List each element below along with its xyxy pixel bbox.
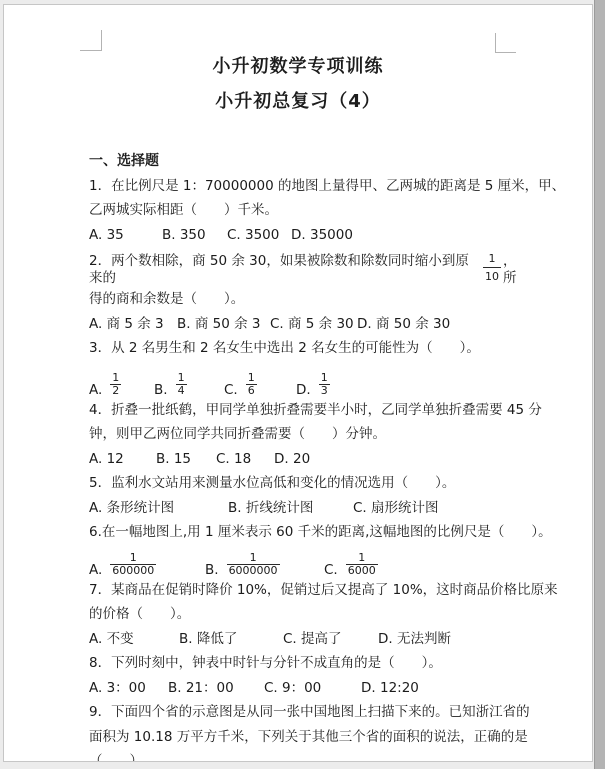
options-row: A. 商 5 余 3B. 商 50 余 3C. 商 5 余 30D. 商 50 … xyxy=(89,312,529,337)
option: B. 15 xyxy=(156,447,216,472)
option-label: C. xyxy=(224,382,238,398)
option: A. 35 xyxy=(89,223,162,248)
option: B. 折线统计图 xyxy=(228,496,353,521)
page-title: 小升初数学专项训练 xyxy=(4,49,592,84)
option: D. 20 xyxy=(274,447,310,472)
option: C.16 xyxy=(224,372,296,398)
option: B. 降低了 xyxy=(179,627,283,652)
question-text: 2．两个数相除，商 50 余 30，如果被除数和除数同时缩小到原来的 xyxy=(89,253,480,287)
option: C. 提高了 xyxy=(283,627,378,652)
fraction: 16 xyxy=(246,372,257,397)
option: B.16000000 xyxy=(205,552,324,578)
question-6: 6.在一幅地图上,用 1 厘米表示 60 千米的距离,这幅地图的比例尺是（ ）。… xyxy=(89,520,529,578)
fraction: 1600000 xyxy=(110,552,156,577)
question-8: 8．下列时刻中，钟表中时针与分针不成直角的是（ ）。 A. 3：00B. 21：… xyxy=(89,651,529,700)
option: A.12 xyxy=(89,372,154,398)
option: D. 无法判断 xyxy=(378,627,451,652)
question-line: 1．在比例尺是 1：70000000 的地图上量得甲、乙两城的距离是 5 厘米，… xyxy=(89,174,529,199)
question-line: 钟，则甲乙两位同学共同折叠需要（ ）分钟。 xyxy=(89,422,529,447)
document-page[interactable]: 小升初数学专项训练 小升初总复习（4） 一、选择题 1．在比例尺是 1：7000… xyxy=(3,4,593,762)
fraction-denominator: 6000000 xyxy=(227,564,280,577)
question-line: 3．从 2 名男生和 2 名女生中选出 2 名女生的可能性为（ ）。 xyxy=(89,336,529,361)
fraction-denominator: 4 xyxy=(176,384,187,397)
option-label: A. xyxy=(89,382,102,398)
options-row: A. 3：00B. 21：00C. 9：00D. 12:20 xyxy=(89,676,529,701)
option: A. 3：00 xyxy=(89,676,168,701)
options-row: A. 不变B. 降低了C. 提高了D. 无法判断 xyxy=(89,627,529,652)
option: A.1600000 xyxy=(89,552,205,578)
margin-crop-mark-top-right xyxy=(495,33,516,53)
option: A. 12 xyxy=(89,447,156,472)
fraction-denominator: 2 xyxy=(110,384,121,397)
option: C. 商 5 余 30 xyxy=(270,312,357,337)
option: B. 350 xyxy=(162,223,227,248)
option: A. 商 5 余 3 xyxy=(89,312,177,337)
option-label: B. xyxy=(154,382,168,398)
option-label: C. xyxy=(324,562,338,578)
question-line: 8．下列时刻中，钟表中时针与分针不成直角的是（ ）。 xyxy=(89,651,529,676)
fraction-numerator: 1 xyxy=(176,372,187,384)
question-4: 4．折叠一批纸鹤，甲同学单独折叠需要半小时，乙同学单独折叠需要 45 分 钟，则… xyxy=(89,398,529,472)
question-line: 得的商和余数是（ ）。 xyxy=(89,287,529,312)
option: B. 商 50 余 3 xyxy=(177,312,270,337)
option: B. 21：00 xyxy=(168,676,264,701)
option: C. 18 xyxy=(216,447,274,472)
question-line: 6.在一幅地图上,用 1 厘米表示 60 千米的距离,这幅地图的比例尺是（ ）。 xyxy=(89,520,529,545)
option: D. 商 50 余 30 xyxy=(357,312,450,337)
question-3: 3．从 2 名男生和 2 名女生中选出 2 名女生的可能性为（ ）。 A.12 … xyxy=(89,336,529,398)
question-1: 1．在比例尺是 1：70000000 的地图上量得甲、乙两城的距离是 5 厘米，… xyxy=(89,174,529,248)
fraction-numerator: 1 xyxy=(248,552,259,564)
section-heading: 一、选择题 xyxy=(89,149,529,174)
canvas-right-gutter xyxy=(594,0,605,769)
option: D.13 xyxy=(296,372,330,398)
question-line: 2．两个数相除，商 50 余 30，如果被除数和除数同时缩小到原来的 110 ，… xyxy=(89,247,529,287)
fraction-numerator: 1 xyxy=(356,552,367,564)
fraction-numerator: 1 xyxy=(319,372,330,384)
document-body: 一、选择题 1．在比例尺是 1：70000000 的地图上量得甲、乙两城的距离是… xyxy=(89,149,529,762)
question-7: 7．某商品在促销时降价 10%，促销过后又提高了 10%，这时商品价格比原来 的… xyxy=(89,578,529,652)
question-5: 5．监利水文站用来测量水位高低和变化的情况选用（ ）。 A. 条形统计图B. 折… xyxy=(89,471,529,520)
fraction-numerator: 1 xyxy=(246,372,257,384)
fraction-denominator: 10 xyxy=(483,267,501,285)
question-line: 乙两城实际相距（ ）千米。 xyxy=(89,198,529,223)
option-label: A. xyxy=(89,562,102,578)
question-2: 2．两个数相除，商 50 余 30，如果被除数和除数同时缩小到原来的 110 ，… xyxy=(89,247,529,336)
question-line: 的价格（ ）。 xyxy=(89,602,529,627)
question-line: 4．折叠一批纸鹤，甲同学单独折叠需要半小时，乙同学单独折叠需要 45 分 xyxy=(89,398,529,423)
fraction-numerator: 1 xyxy=(110,372,121,384)
fraction: 12 xyxy=(110,372,121,397)
option: C. 9：00 xyxy=(264,676,361,701)
option: A. 不变 xyxy=(89,627,179,652)
fraction-denominator: 6 xyxy=(246,384,257,397)
option: C. 3500 xyxy=(227,223,291,248)
question-line: 面积为 10.18 万平方千米，下列关于其他三个省的面积的说法，正确的是 xyxy=(89,725,529,750)
fraction: 14 xyxy=(176,372,187,397)
option: B.14 xyxy=(154,372,224,398)
question-line: 9．下面四个省的示意图是从同一张中国地图上扫描下来的。已知浙江省的 xyxy=(89,700,529,725)
fraction: 110 xyxy=(483,250,501,285)
document-titles: 小升初数学专项训练 小升初总复习（4） xyxy=(4,5,592,119)
fraction: 16000 xyxy=(346,552,378,577)
options-row: A. 35B. 350C. 3500D. 35000 xyxy=(89,223,529,248)
options-row: A.12 B.14 C.16 D.13 xyxy=(89,361,529,398)
margin-crop-mark-top-left xyxy=(80,30,102,51)
fraction: 16000000 xyxy=(227,552,280,577)
fraction: 13 xyxy=(319,372,330,397)
fraction-denominator: 3 xyxy=(319,384,330,397)
option: D. 12:20 xyxy=(361,676,419,701)
option: C. 扇形统计图 xyxy=(353,496,439,521)
fraction-denominator: 600000 xyxy=(110,564,156,577)
question-line: 5．监利水文站用来测量水位高低和变化的情况选用（ ）。 xyxy=(89,471,529,496)
option: A. 条形统计图 xyxy=(89,496,228,521)
question-line: （ ）。 xyxy=(89,749,529,762)
option: C.16000 xyxy=(324,552,378,578)
fraction-numerator: 1 xyxy=(128,552,139,564)
options-row: A. 12B. 15C. 18D. 20 xyxy=(89,447,529,472)
question-9: 9．下面四个省的示意图是从同一张中国地图上扫描下来的。已知浙江省的 面积为 10… xyxy=(89,700,529,762)
page-subtitle: 小升初总复习（4） xyxy=(4,84,592,119)
fraction-numerator: 1 xyxy=(487,250,498,267)
fraction-denominator: 6000 xyxy=(346,564,378,577)
options-row: A. 条形统计图B. 折线统计图C. 扇形统计图 xyxy=(89,496,529,521)
question-line: 7．某商品在促销时降价 10%，促销过后又提高了 10%，这时商品价格比原来 xyxy=(89,578,529,603)
option-label: B. xyxy=(205,562,219,578)
option: D. 35000 xyxy=(291,223,353,248)
option-label: D. xyxy=(296,382,311,398)
options-row: A.1600000 B.16000000 C.16000 xyxy=(89,545,529,578)
question-text: ，所 xyxy=(503,253,529,287)
